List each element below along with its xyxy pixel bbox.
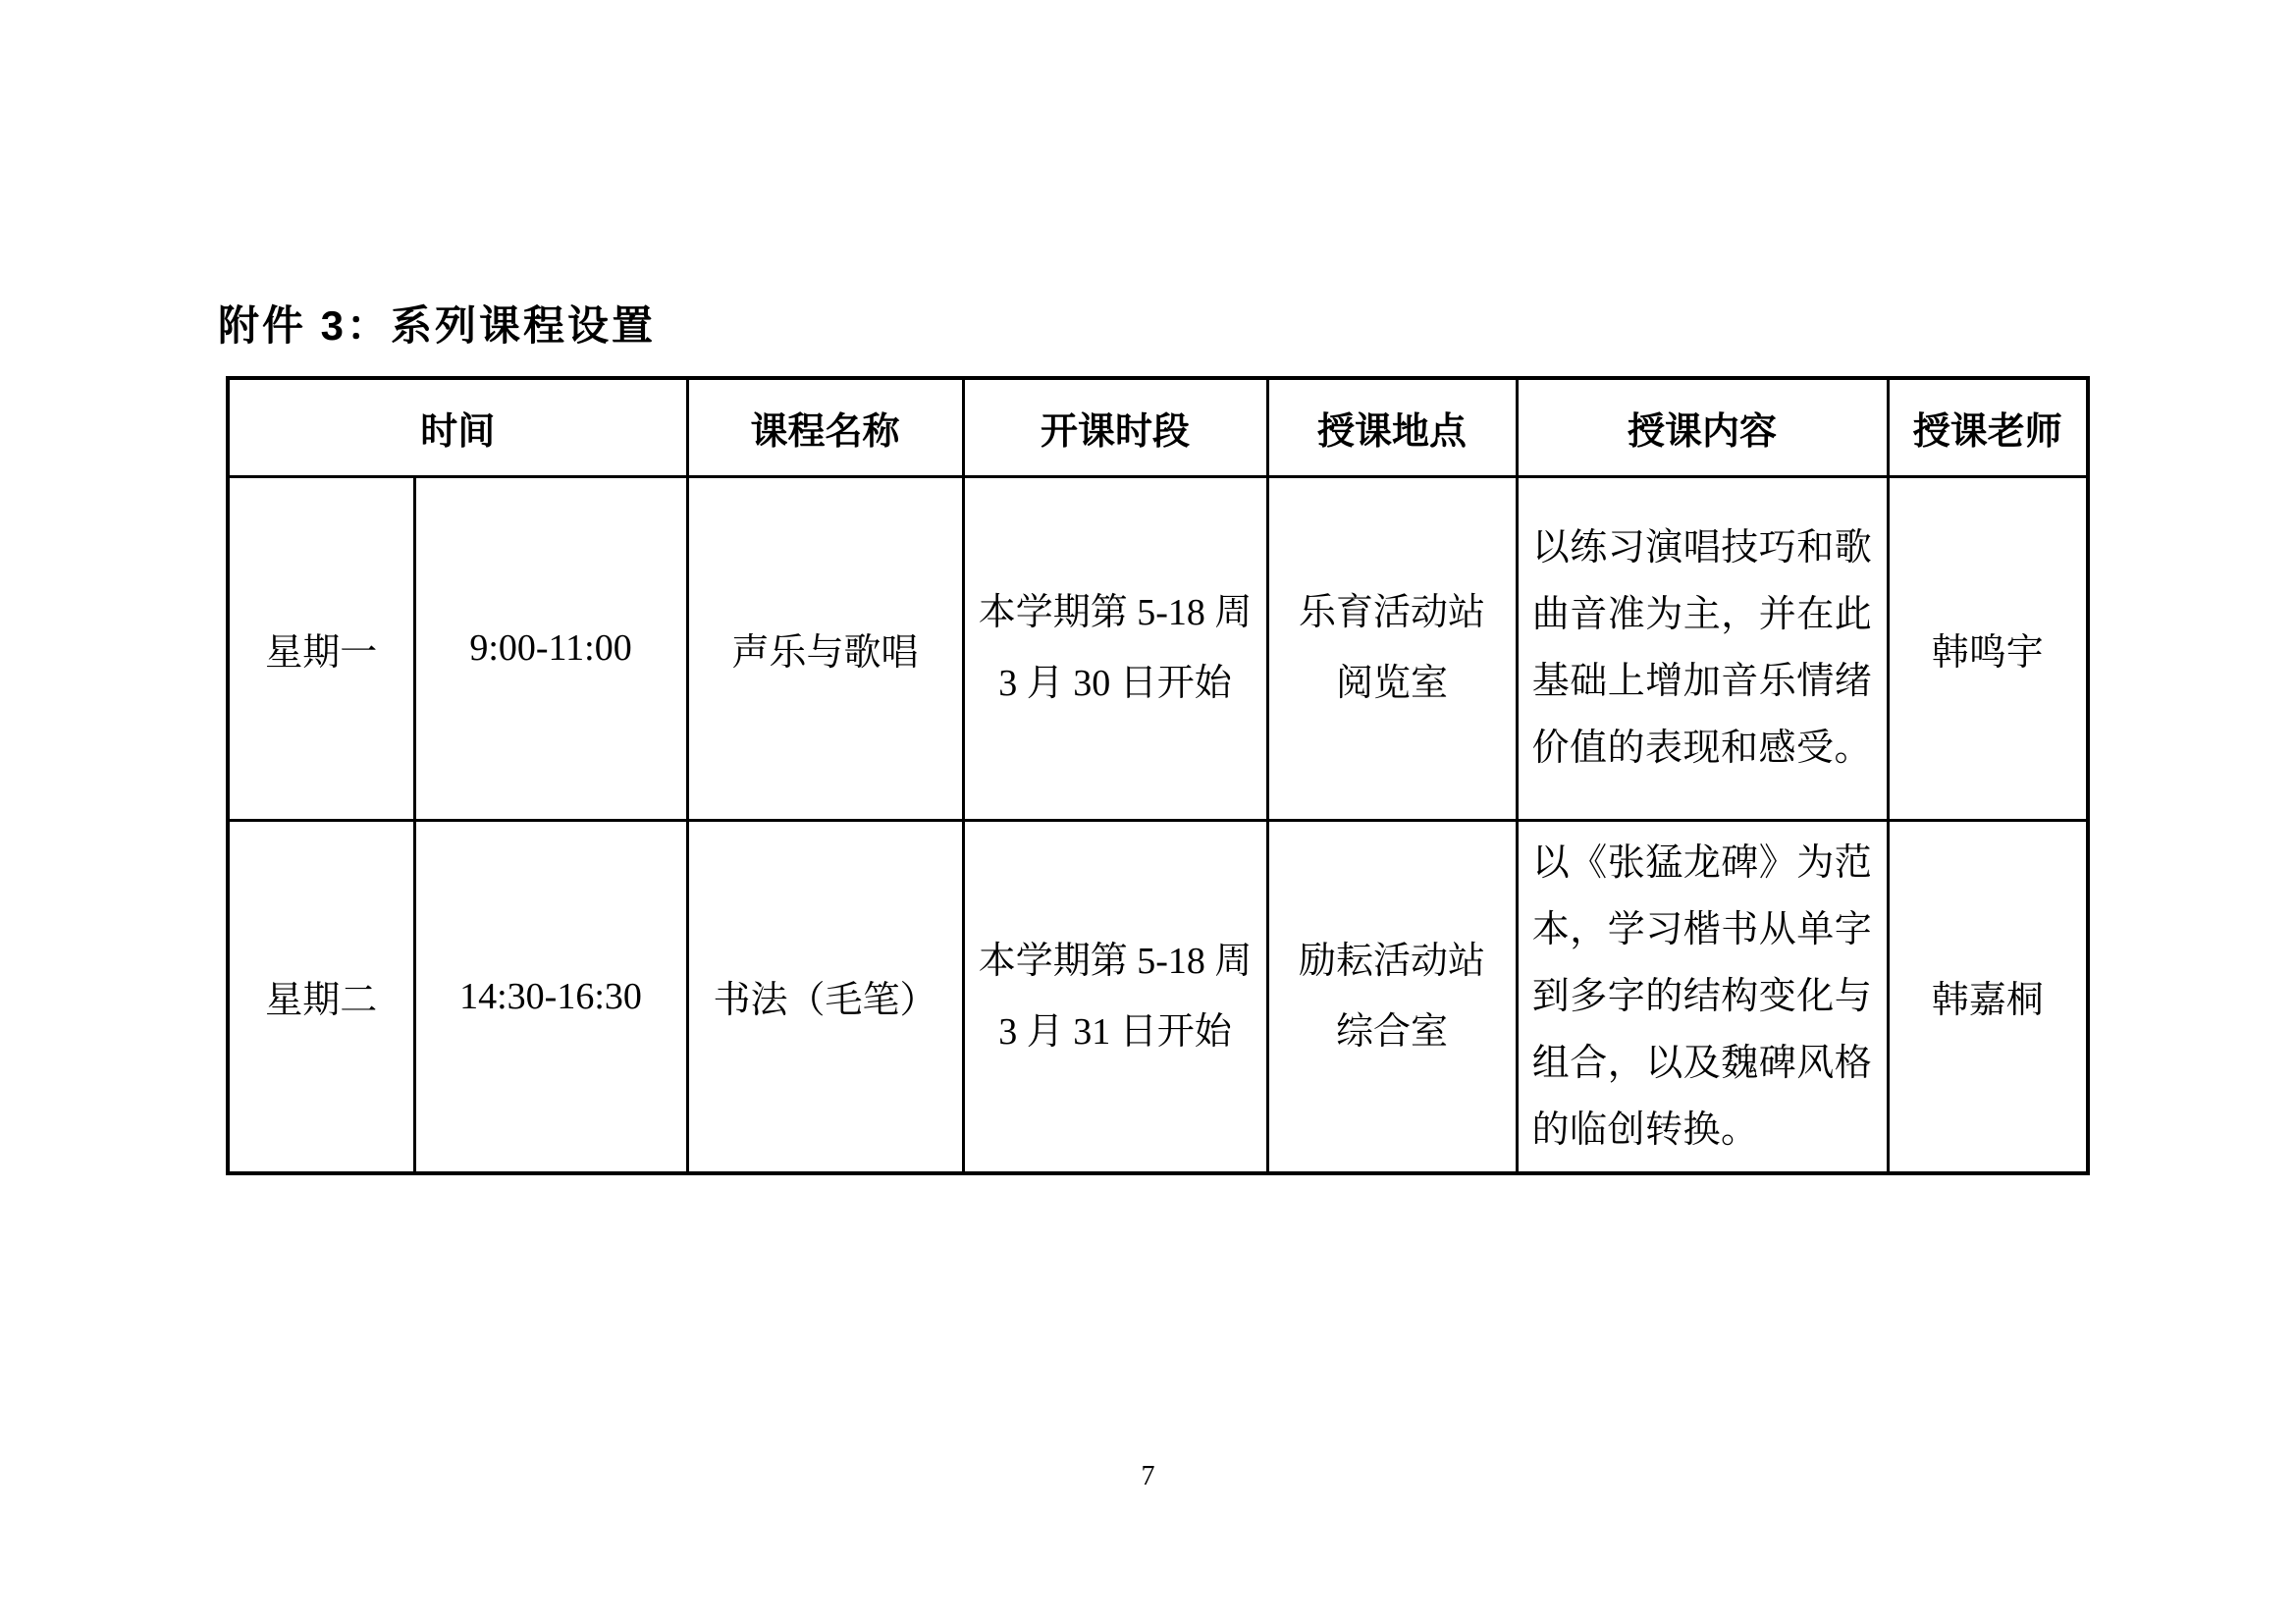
header-time: 时间	[228, 378, 687, 476]
page-title: 附件 3：系列课程设置	[218, 294, 656, 352]
cell-course-period: 本学期第 5-18 周 3 月 31 日开始	[963, 820, 1267, 1173]
table-row: 星期一 9:00-11:00 声乐与歌唱 本学期第 5-18 周 3 月 30 …	[228, 476, 2088, 820]
cell-location: 乐育活动站 阅览室	[1267, 476, 1517, 820]
table-header-row: 时间 课程名称 开课时段 授课地点 授课内容 授课老师	[228, 378, 2088, 476]
cell-location: 励耘活动站 综合室	[1267, 820, 1517, 1173]
document-page: { "page": { "title": "附件 3：系列课程设置", "pag…	[0, 0, 2296, 1624]
course-schedule-table: 时间 课程名称 开课时段 授课地点 授课内容 授课老师 星期一 9:00-11:…	[226, 376, 2090, 1175]
header-location: 授课地点	[1267, 378, 1517, 476]
header-course-period: 开课时段	[963, 378, 1267, 476]
cell-course-name: 书法（毛笔）	[687, 820, 963, 1173]
page-number: 7	[0, 1461, 2296, 1492]
cell-time: 14:30-16:30	[414, 820, 687, 1173]
header-teacher: 授课老师	[1888, 378, 2088, 476]
cell-weekday: 星期一	[228, 476, 414, 820]
header-content: 授课内容	[1517, 378, 1888, 476]
cell-teacher: 韩嘉桐	[1888, 820, 2088, 1173]
cell-content: 以练习演唱技巧和歌曲音准为主，并在此基础上增加音乐情绪价值的表现和感受。	[1517, 476, 1888, 820]
cell-content: 以《张猛龙碑》为范本，学习楷书从单字到多字的结构变化与组合，以及魏碑风格的临创转…	[1517, 820, 1888, 1173]
cell-weekday: 星期二	[228, 820, 414, 1173]
cell-teacher: 韩鸣宇	[1888, 476, 2088, 820]
cell-course-name: 声乐与歌唱	[687, 476, 963, 820]
cell-course-period: 本学期第 5-18 周 3 月 30 日开始	[963, 476, 1267, 820]
cell-time: 9:00-11:00	[414, 476, 687, 820]
header-course-name: 课程名称	[687, 378, 963, 476]
table-row: 星期二 14:30-16:30 书法（毛笔） 本学期第 5-18 周 3 月 3…	[228, 820, 2088, 1173]
